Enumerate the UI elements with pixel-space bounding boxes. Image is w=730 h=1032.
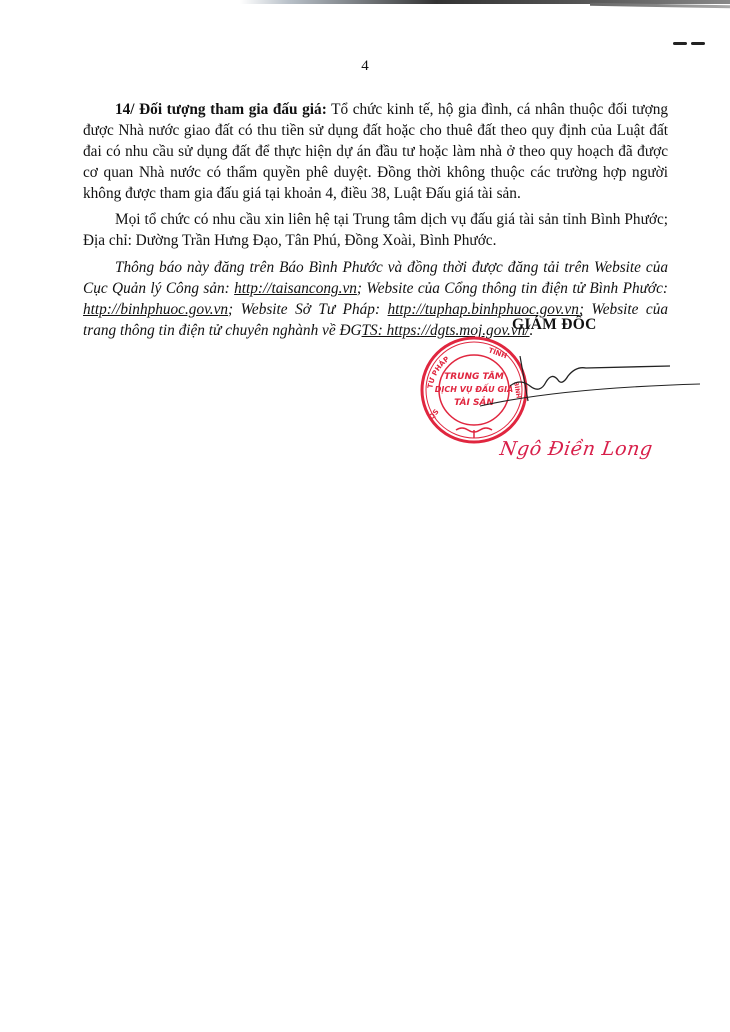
signer-title: GIÁM ĐỐC [512, 316, 597, 334]
signer-name: Ngô Điền Long [498, 438, 654, 460]
document-body: 14/ Đối tượng tham gia đấu giá: Tổ chức … [83, 99, 668, 341]
notice-text-2: ; Website của Cổng thông tin điện tử Bìn… [357, 280, 668, 297]
link-taisancong[interactable]: http://taisancong.vn [234, 280, 357, 297]
handwritten-signature-icon [440, 356, 700, 416]
page-number: 4 [0, 58, 730, 75]
corner-mark [673, 42, 705, 46]
contact-paragraph: Mọi tổ chức có nhu cầu xin liên hệ tại T… [83, 209, 668, 251]
notice-text-3: ; Website Sở Tư Pháp: [228, 301, 388, 318]
section-14: 14/ Đối tượng tham gia đấu giá: Tổ chức … [83, 99, 668, 204]
signature-block: GIÁM ĐỐC TƯ PHÁP TỈNH BÌNH TRUNG TÂM DỊC… [400, 316, 690, 476]
link-binhphuoc[interactable]: http://binhphuoc.gov.vn [83, 301, 228, 318]
section-14-heading: 14/ Đối tượng tham gia đấu giá: [115, 101, 327, 118]
